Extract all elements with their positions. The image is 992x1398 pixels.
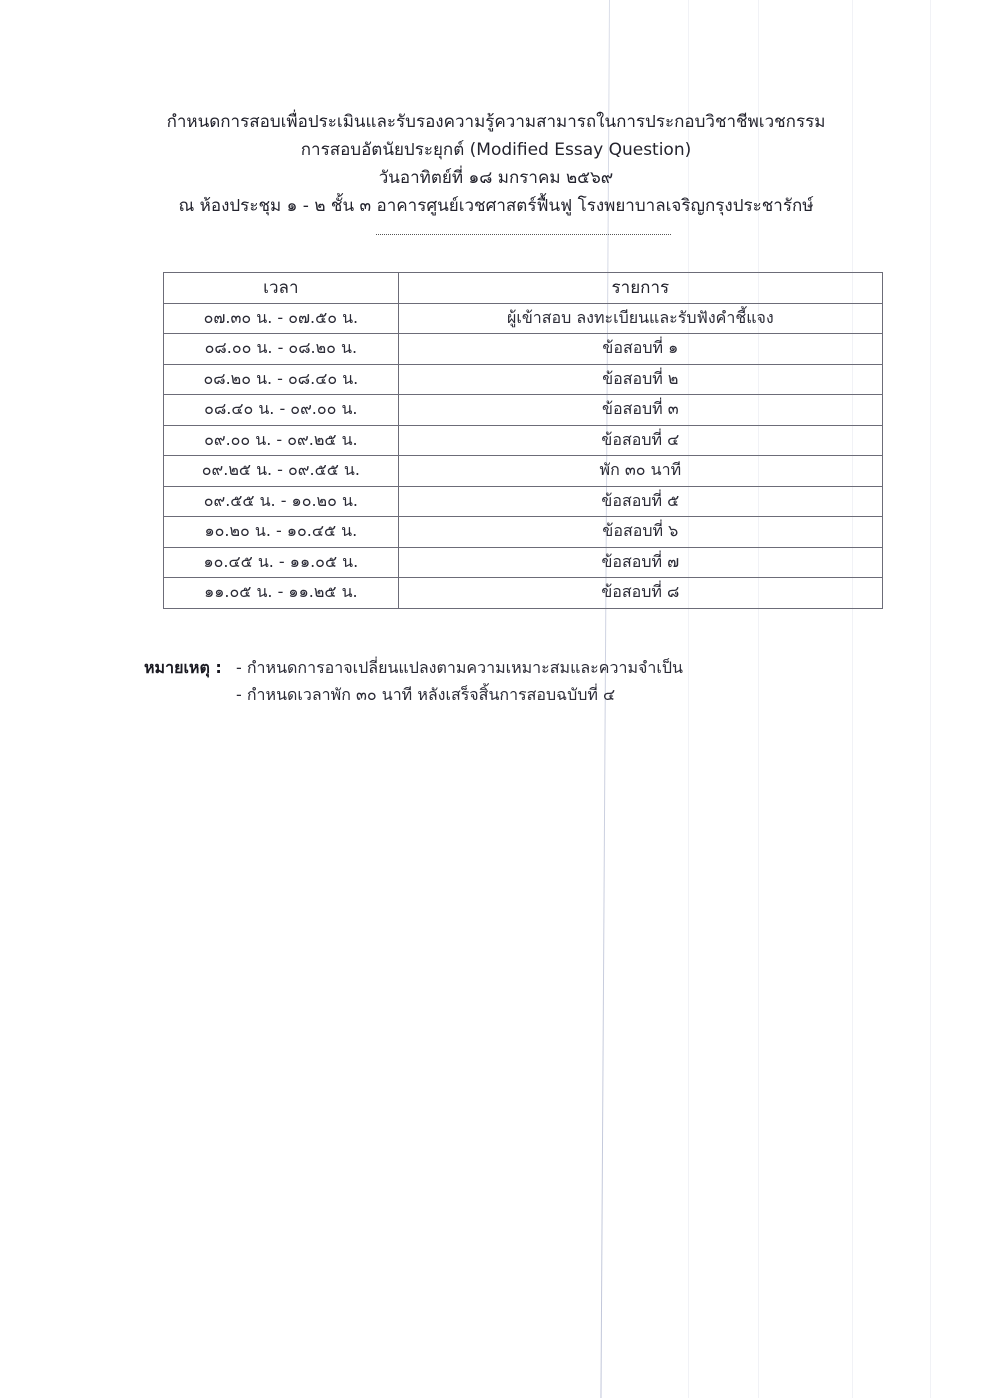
table-row: ๐๙.๐๐ น. - ๐๙.๒๕ น.ข้อสอบที่ ๔ — [164, 425, 883, 456]
item-cell: ข้อสอบที่ ๖ — [398, 517, 882, 548]
time-cell: ๐๗.๓๐ น. - ๐๗.๕๐ น. — [164, 303, 399, 334]
table-row: ๐๗.๓๐ น. - ๐๗.๕๐ น.ผู้เข้าสอบ ลงทะเบียนแ… — [164, 303, 883, 334]
note-item: - กำหนดเวลาพัก ๓๐ นาที หลังเสร็จสิ้นการส… — [236, 685, 615, 704]
table-row: ๐๘.๐๐ น. - ๐๘.๒๐ น.ข้อสอบที่ ๑ — [164, 334, 883, 365]
time-cell: ๑๐.๔๕ น. - ๑๑.๐๕ น. — [164, 547, 399, 578]
schedule-table: เวลา รายการ ๐๗.๓๐ น. - ๐๗.๕๐ น.ผู้เข้าสอ… — [163, 272, 883, 609]
table-row: ๑๐.๔๕ น. - ๑๑.๐๕ น.ข้อสอบที่ ๗ — [164, 547, 883, 578]
note-item: - กำหนดการอาจเปลี่ยนแปลงตามความเหมาะสมแล… — [236, 658, 683, 677]
item-cell: ข้อสอบที่ ๓ — [398, 395, 882, 426]
heading-date: วันอาทิตย์ที่ ๑๘ มกราคม ๒๕๖๙ — [0, 164, 992, 192]
item-cell: ข้อสอบที่ ๕ — [398, 486, 882, 517]
table-row: ๑๑.๐๕ น. - ๑๑.๒๕ น.ข้อสอบที่ ๘ — [164, 578, 883, 609]
time-cell: ๑๐.๒๐ น. - ๑๐.๔๕ น. — [164, 517, 399, 548]
schedule-body: ๐๗.๓๐ น. - ๐๗.๕๐ น.ผู้เข้าสอบ ลงทะเบียนแ… — [164, 303, 883, 608]
item-cell: ข้อสอบที่ ๑ — [398, 334, 882, 365]
item-cell: ผู้เข้าสอบ ลงทะเบียนและรับฟังคำชี้แจง — [398, 303, 882, 334]
table-header-row: เวลา รายการ — [164, 273, 883, 304]
column-header-time: เวลา — [164, 273, 399, 304]
item-cell: ข้อสอบที่ ๗ — [398, 547, 882, 578]
time-cell: ๑๑.๐๕ น. - ๑๑.๒๕ น. — [164, 578, 399, 609]
notes-label: หมายเหตุ : — [144, 654, 236, 681]
heading-venue: ณ ห้องประชุม ๑ - ๒ ชั้น ๓ อาคารศูนย์เวชศ… — [0, 192, 992, 220]
time-cell: ๐๙.๒๕ น. - ๐๙.๕๕ น. — [164, 456, 399, 487]
table-row: ๐๘.๔๐ น. - ๐๙.๐๐ น.ข้อสอบที่ ๓ — [164, 395, 883, 426]
table-row: ๐๙.๒๕ น. - ๐๙.๕๕ น.พัก ๓๐ นาที — [164, 456, 883, 487]
time-cell: ๐๘.๒๐ น. - ๐๘.๔๐ น. — [164, 364, 399, 395]
dotted-separator — [376, 232, 671, 235]
table-row: ๐๙.๕๕ น. - ๑๐.๒๐ น.ข้อสอบที่ ๕ — [164, 486, 883, 517]
item-cell: พัก ๓๐ นาที — [398, 456, 882, 487]
heading-title: กำหนดการสอบเพื่อประเมินและรับรองความรู้ค… — [0, 108, 992, 136]
time-cell: ๐๙.๕๕ น. - ๑๐.๒๐ น. — [164, 486, 399, 517]
time-cell: ๐๘.๔๐ น. - ๐๙.๐๐ น. — [164, 395, 399, 426]
document-heading: กำหนดการสอบเพื่อประเมินและรับรองความรู้ค… — [0, 108, 992, 220]
table-row: ๑๐.๒๐ น. - ๑๐.๔๕ น.ข้อสอบที่ ๖ — [164, 517, 883, 548]
column-header-item: รายการ — [398, 273, 882, 304]
item-cell: ข้อสอบที่ ๔ — [398, 425, 882, 456]
time-cell: ๐๙.๐๐ น. - ๐๙.๒๕ น. — [164, 425, 399, 456]
item-cell: ข้อสอบที่ ๒ — [398, 364, 882, 395]
heading-exam-type: การสอบอัตนัยประยุกต์ (Modified Essay Que… — [0, 136, 992, 164]
table-row: ๐๘.๒๐ น. - ๐๘.๔๐ น.ข้อสอบที่ ๒ — [164, 364, 883, 395]
time-cell: ๐๘.๐๐ น. - ๐๘.๒๐ น. — [164, 334, 399, 365]
notes-section: หมายเหตุ :- กำหนดการอาจเปลี่ยนแปลงตามควา… — [144, 654, 683, 708]
item-cell: ข้อสอบที่ ๘ — [398, 578, 882, 609]
